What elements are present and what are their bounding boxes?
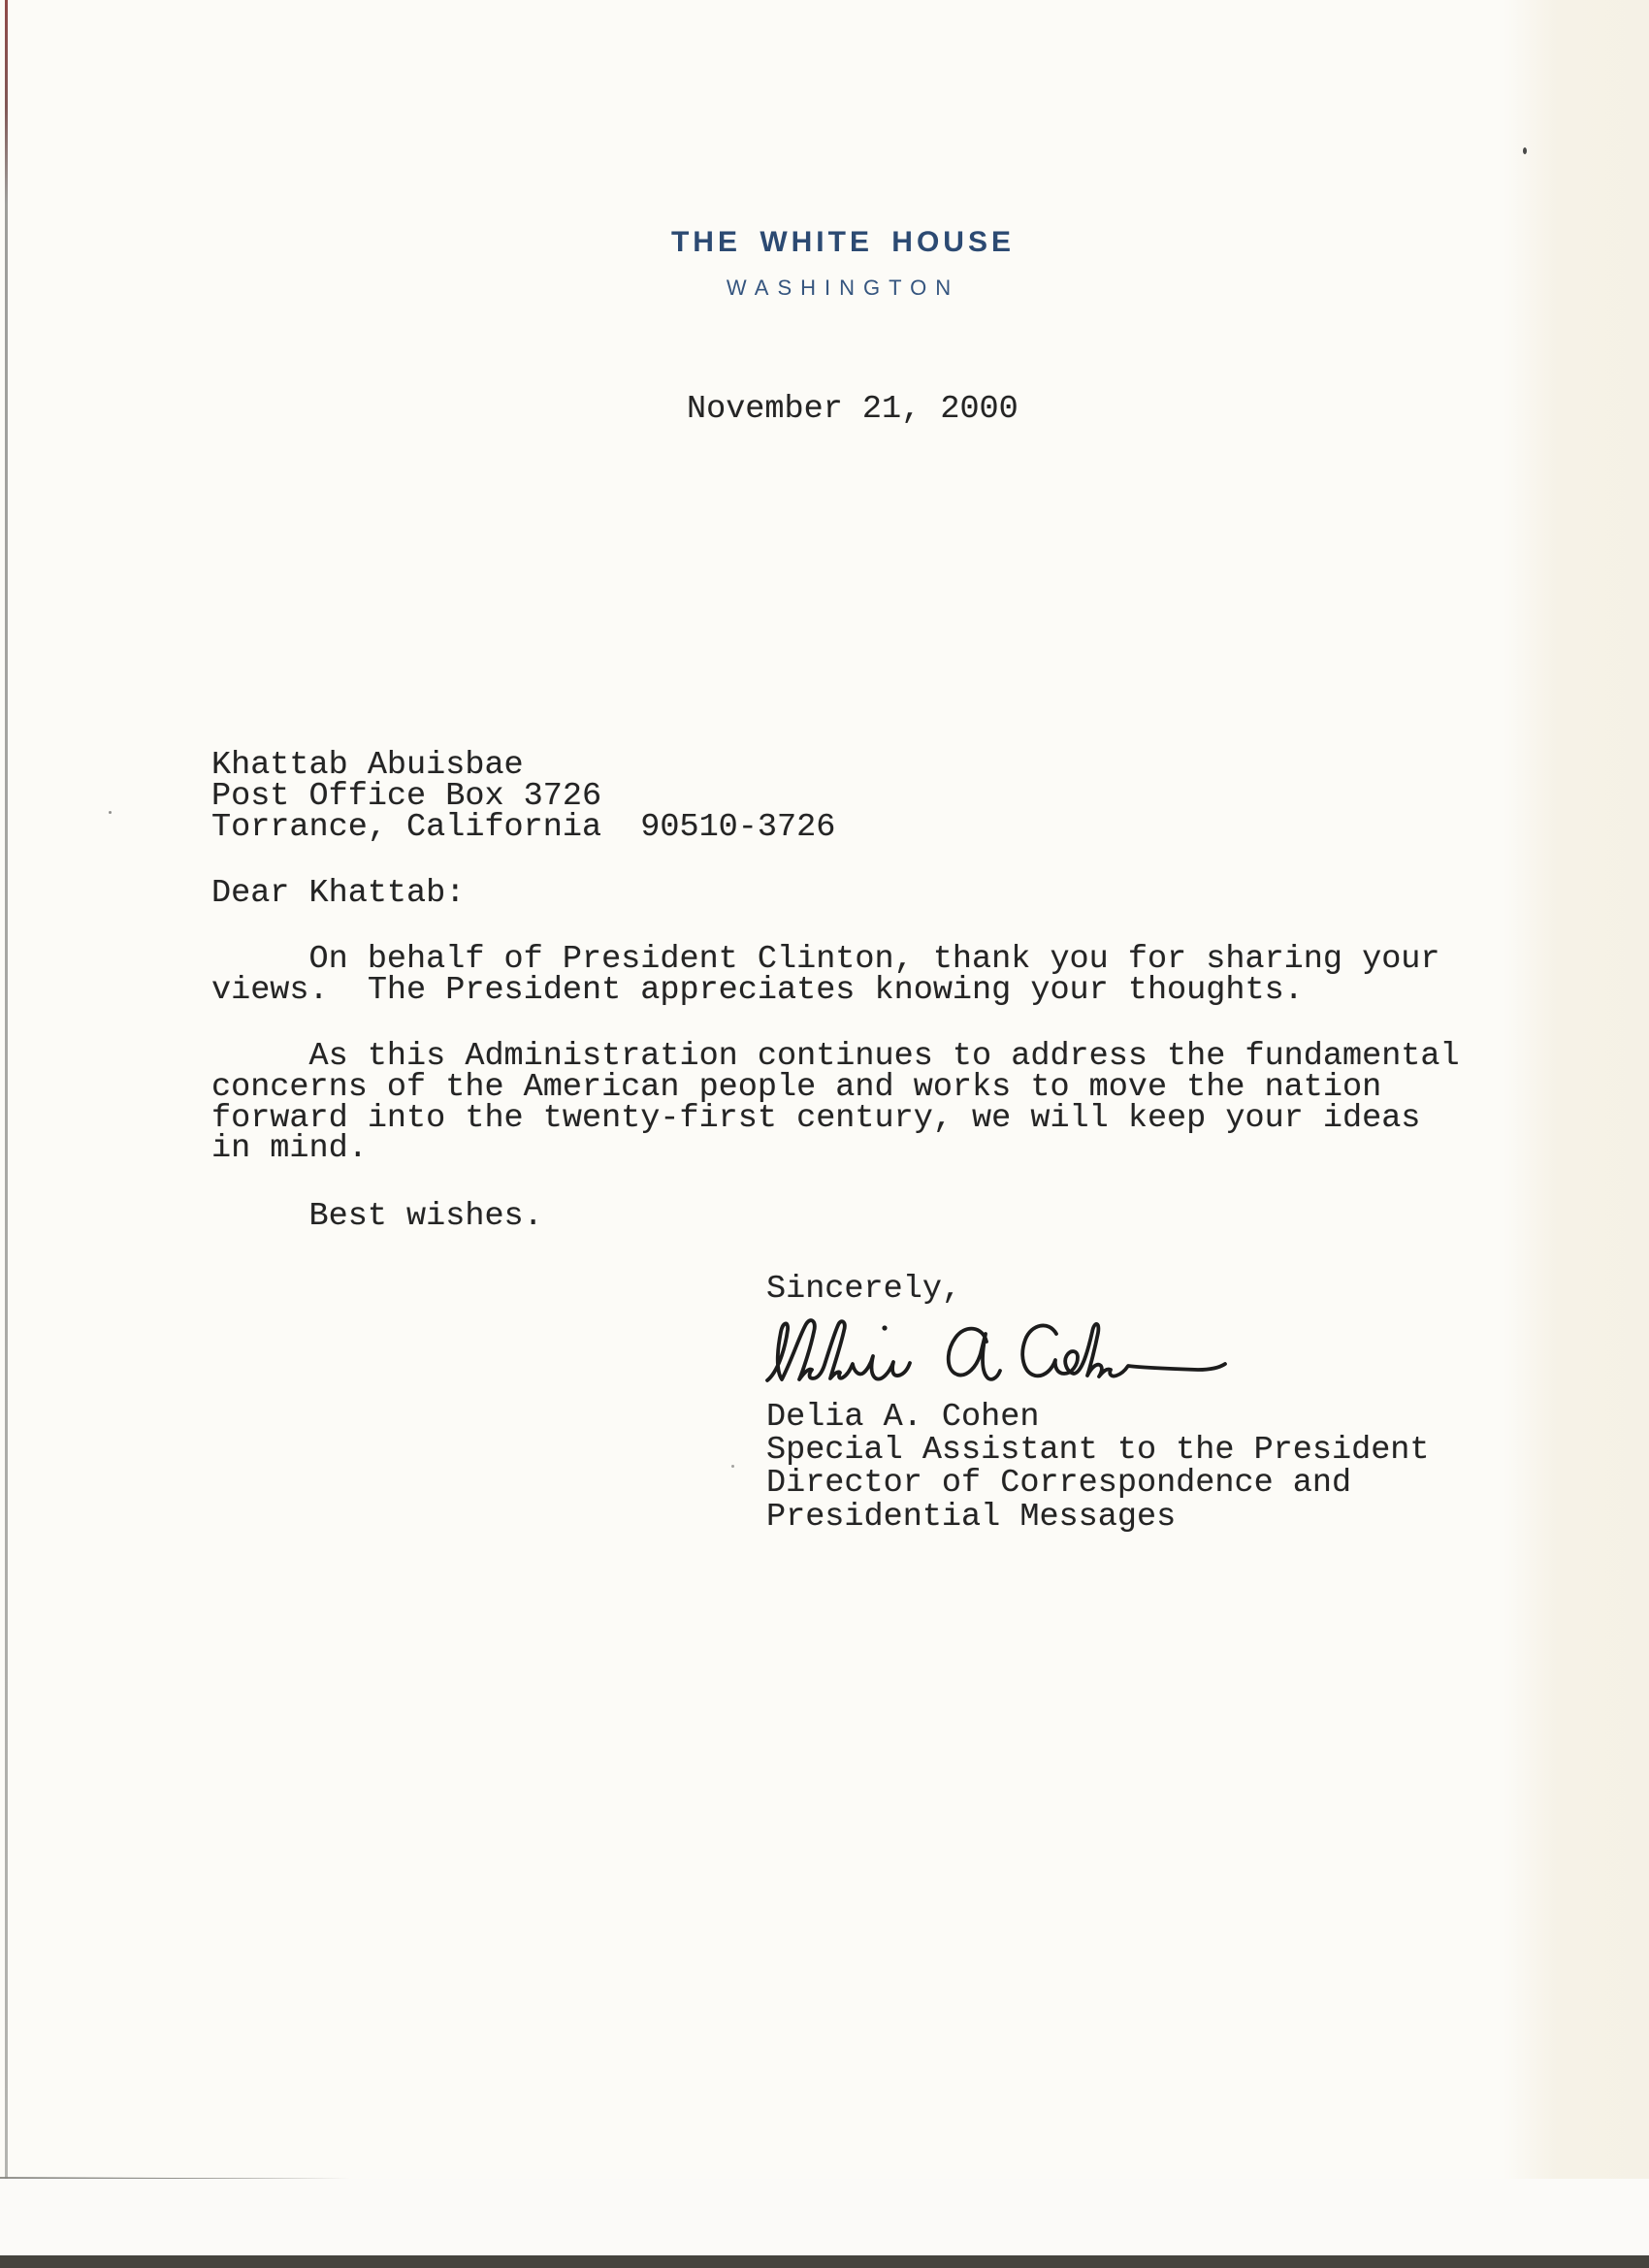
letter-date: November 21, 2000 bbox=[687, 395, 1018, 426]
salutation: Dear Khattab: bbox=[211, 879, 465, 910]
scan-left-edge-line bbox=[5, 0, 8, 2185]
scanned-letter-page: THE WHITE HOUSE WASHINGTON November 21, … bbox=[0, 0, 1649, 2268]
recipient-address: Khattab Abuisbae Post Office Box 3726 To… bbox=[211, 751, 835, 843]
body-paragraph-1: On behalf of President Clinton, thank yo… bbox=[211, 945, 1440, 1007]
letterhead-title: THE WHITE HOUSE bbox=[18, 226, 1649, 259]
body-paragraph-3: Best wishes. bbox=[211, 1202, 543, 1233]
scanner-dark-band bbox=[0, 2255, 1649, 2268]
handwritten-signature bbox=[761, 1314, 1237, 1404]
scan-speck bbox=[1523, 147, 1527, 154]
letterhead-subtitle: WASHINGTON bbox=[18, 275, 1649, 301]
scanner-margin-area bbox=[0, 2179, 1649, 2256]
signature-block: Delia A. Cohen Special Assistant to the … bbox=[766, 1401, 1430, 1534]
closing-sincerely: Sincerely, bbox=[766, 1275, 961, 1306]
scan-cream-edge bbox=[1503, 0, 1649, 2183]
scan-speck bbox=[109, 811, 112, 814]
scan-speck bbox=[731, 1465, 734, 1468]
body-paragraph-2: As this Administration continues to addr… bbox=[211, 1042, 1460, 1165]
